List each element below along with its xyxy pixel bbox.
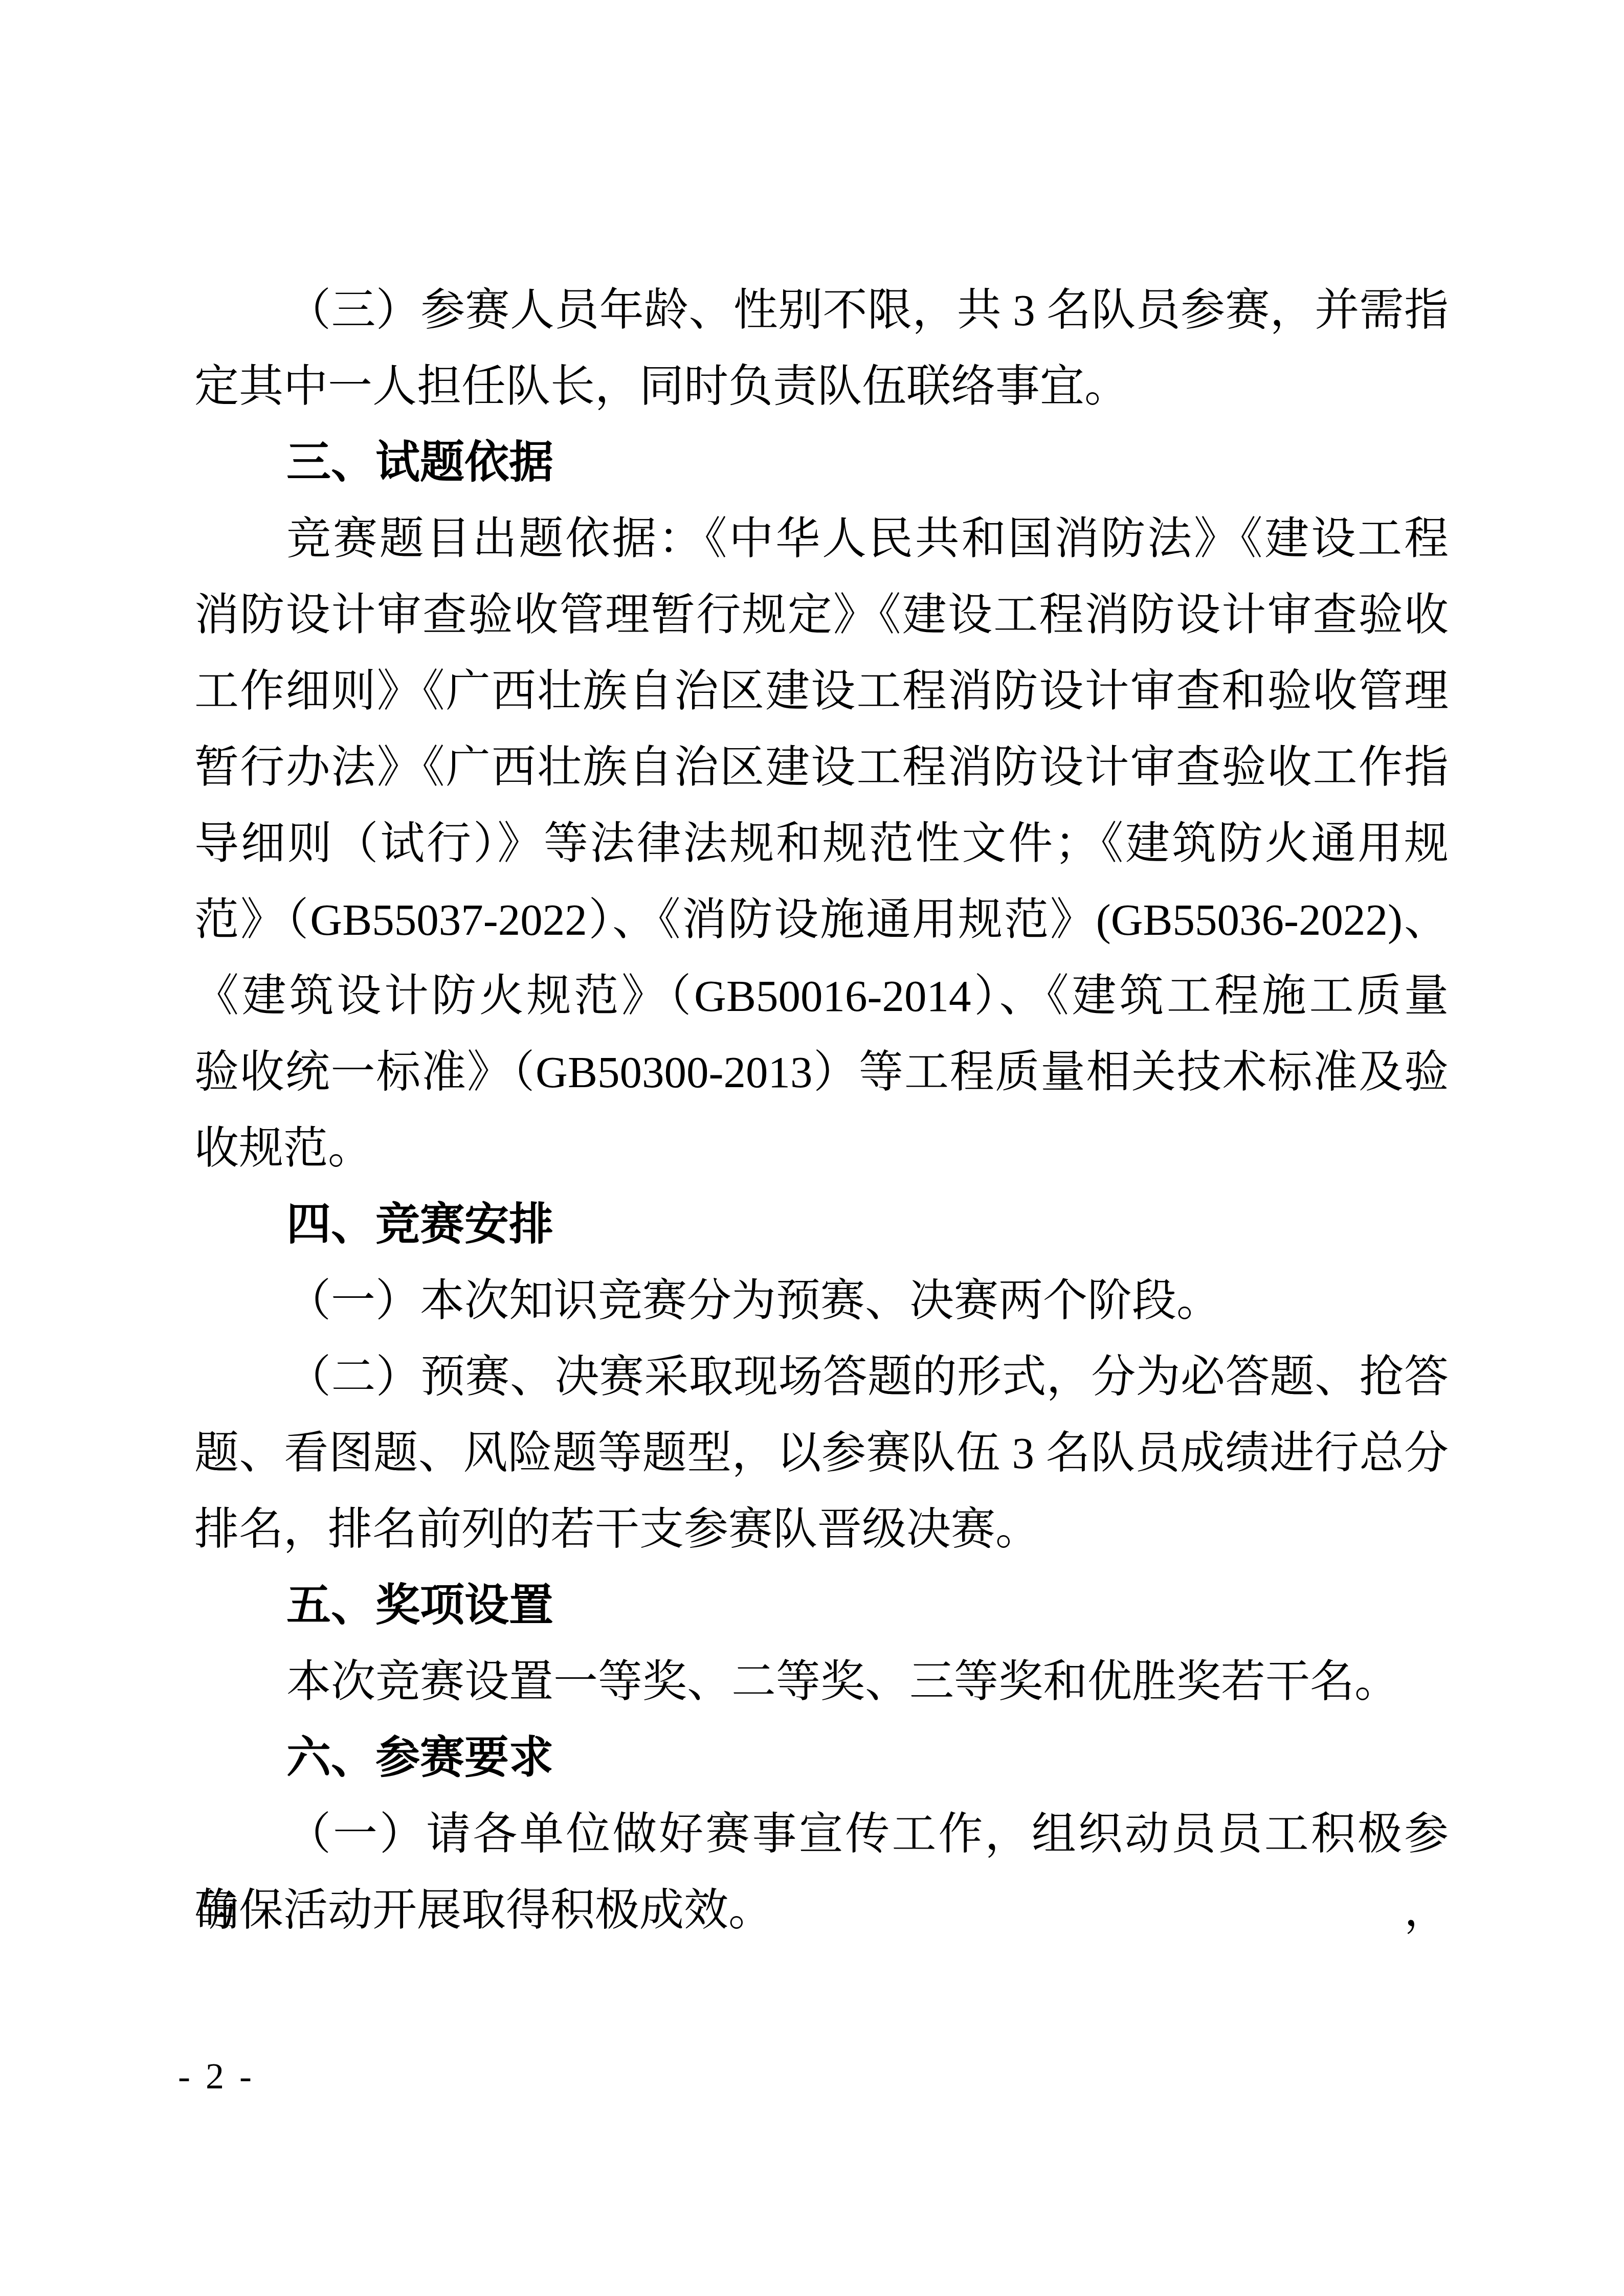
document-page: （三）参赛人员年龄、性别不限，共 3 名队员参赛，并需指定其中一人担任队长，同时… [0,0,1624,2296]
section-heading: 四、竞赛安排 [194,1186,1449,1263]
section-heading: 六、参赛要求 [194,1720,1449,1796]
text-line: 竞赛题目出题依据：《中华人民共和国消防法》《建设工程 [194,501,1449,577]
text-line: 验收统一标准》（GB50300-2013）等工程质量相关技术标准及验 [194,1034,1449,1110]
text-line: （一）请各单位做好赛事宣传工作，组织动员员工积极参与， [194,1796,1449,1872]
text-line: 收规范。 [194,1110,1449,1186]
section-heading: 五、奖项设置 [194,1567,1449,1644]
text-line: （三）参赛人员年龄、性别不限，共 3 名队员参赛，并需指 [194,272,1449,348]
text-line: 范》（GB55037-2022）、《消防设施通用规范》(GB55036-2022… [194,882,1449,958]
text-line: 定其中一人担任队长，同时负责队伍联络事宜。 [194,348,1449,424]
text-line: 排名，排名前列的若干支参赛队晋级决赛。 [194,1491,1449,1567]
text-line: （二）预赛、决赛采取现场答题的形式，分为必答题、抢答 [194,1339,1449,1415]
text-line: 《建筑设计防火规范》（GB50016-2014）、《建筑工程施工质量 [194,958,1449,1034]
text-line: 暂行办法》《广西壮族自治区建设工程消防设计审查验收工作指 [194,729,1449,805]
text-line: 导细则（试行）》等法律法规和规范性文件；《建筑防火通用规 [194,805,1449,882]
section-heading: 三、试题依据 [194,424,1449,501]
text-line: 题、看图题、风险题等题型，以参赛队伍 3 名队员成绩进行总分 [194,1415,1449,1491]
text-line: （一）本次知识竞赛分为预赛、决赛两个阶段。 [194,1263,1449,1339]
page-number: - 2 - [178,2051,255,2102]
document-body: （三）参赛人员年龄、性别不限，共 3 名队员参赛，并需指定其中一人担任队长，同时… [194,272,1449,1948]
text-line: 消防设计审查验收管理暂行规定》《建设工程消防设计审查验收 [194,577,1449,653]
text-line: 本次竞赛设置一等奖、二等奖、三等奖和优胜奖若干名。 [194,1644,1449,1720]
text-line: 工作细则》《广西壮族自治区建设工程消防设计审查和验收管理 [194,653,1449,729]
